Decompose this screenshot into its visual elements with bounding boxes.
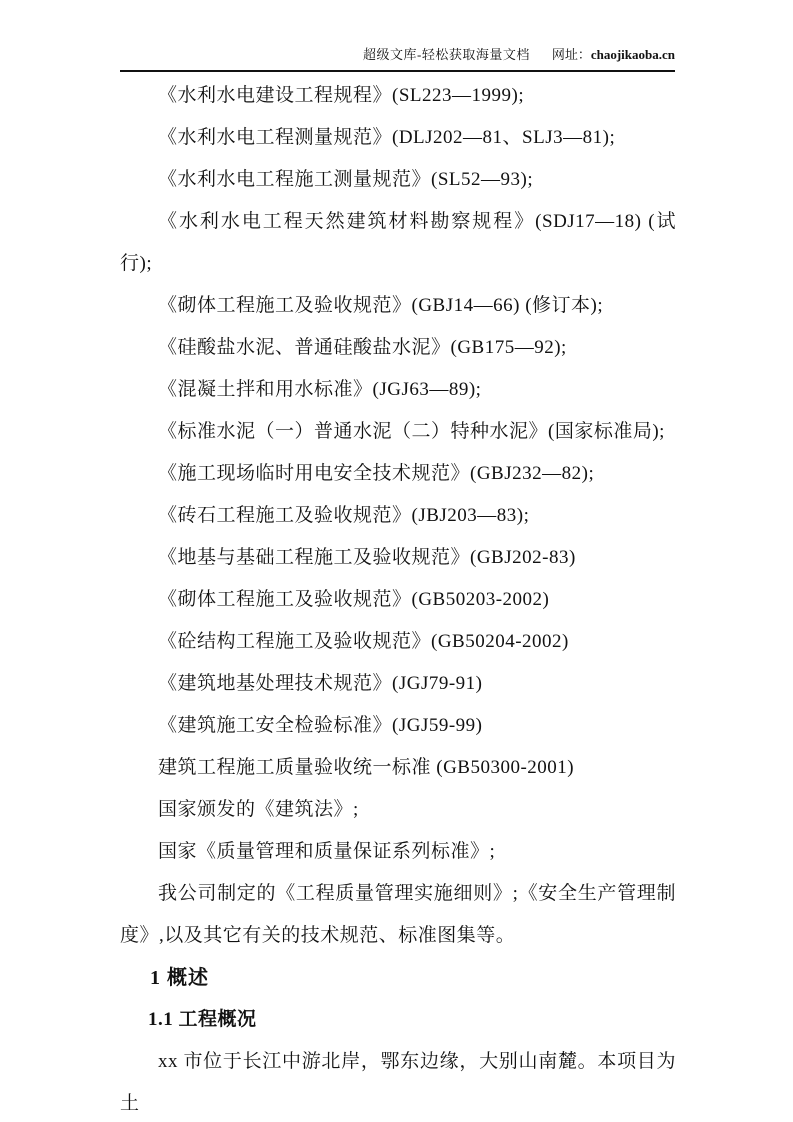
standard-list-item: 《地基与基础工程施工及验收规范》(GBJ202-83) [120, 537, 676, 579]
standard-list-item: 《水利水电建设工程规程》(SL223—1999); [120, 75, 676, 117]
standard-list-item: 《硅酸盐水泥、普通硅酸盐水泥》(GB175—92); [120, 327, 676, 369]
standard-list-item: 《建筑施工安全检验标准》(JGJ59-99) [120, 705, 676, 747]
standard-list-item: 《水利水电工程施工测量规范》(SL52—93); [120, 159, 676, 201]
site-url: chaojikaoba.cn [591, 47, 675, 62]
standard-list-item: 《建筑地基处理技术规范》(JGJ79-91) [120, 663, 676, 705]
standard-list-item: 《砼结构工程施工及验收规范》(GB50204-2002) [120, 621, 676, 663]
standard-list-item: 国家《质量管理和质量保证系列标准》; [120, 831, 676, 873]
document-page: 超级文库-轻松获取海量文档网址：chaojikaoba.cn 《水利水电建设工程… [0, 0, 793, 1122]
standard-list-item: 《水利水电工程测量规范》(DLJ202—81、SLJ3—81); [120, 117, 676, 159]
standard-list-item: 国家颁发的《建筑法》; [120, 789, 676, 831]
url-label: 网址： [552, 47, 591, 62]
standard-list-item: 建筑工程施工质量验收统一标准 (GB50300-2001) [120, 747, 676, 789]
standard-list-item: 《水利水电工程天然建筑材料勘察规程》(SDJ17—18) (试行); [120, 201, 676, 285]
standard-list-item: 《混凝土拌和用水标准》(JGJ63—89); [120, 369, 676, 411]
site-tagline: 超级文库-轻松获取海量文档 [363, 47, 530, 62]
standard-list-item: 《砌体工程施工及验收规范》(GB50203-2002) [120, 579, 676, 621]
page-header: 超级文库-轻松获取海量文档网址：chaojikaoba.cn [120, 0, 675, 72]
standard-list-item: 《砖石工程施工及验收规范》(JBJ203—83); [120, 495, 676, 537]
document-body: 《水利水电建设工程规程》(SL223—1999); 《水利水电工程测量规范》(D… [120, 75, 676, 1122]
subsection-heading: 1.1 工程概况 [120, 999, 676, 1041]
intro-paragraph: xx 市位于长江中游北岸，鄂东边缘，大别山南麓。本项目为土 [120, 1041, 676, 1122]
section-heading: 1 概述 [120, 957, 676, 999]
closing-paragraph: 我公司制定的《工程质量管理实施细则》;《安全生产管理制度》,以及其它有关的技术规… [120, 873, 676, 957]
standard-list-item: 《标准水泥（一）普通水泥（二）特种水泥》(国家标准局); [120, 411, 676, 453]
standard-list-item: 《施工现场临时用电安全技术规范》(GBJ232—82); [120, 453, 676, 495]
standard-list-item: 《砌体工程施工及验收规范》(GBJ14—66) (修订本); [120, 285, 676, 327]
standards-list: 《水利水电建设工程规程》(SL223—1999); 《水利水电工程测量规范》(D… [120, 75, 676, 873]
